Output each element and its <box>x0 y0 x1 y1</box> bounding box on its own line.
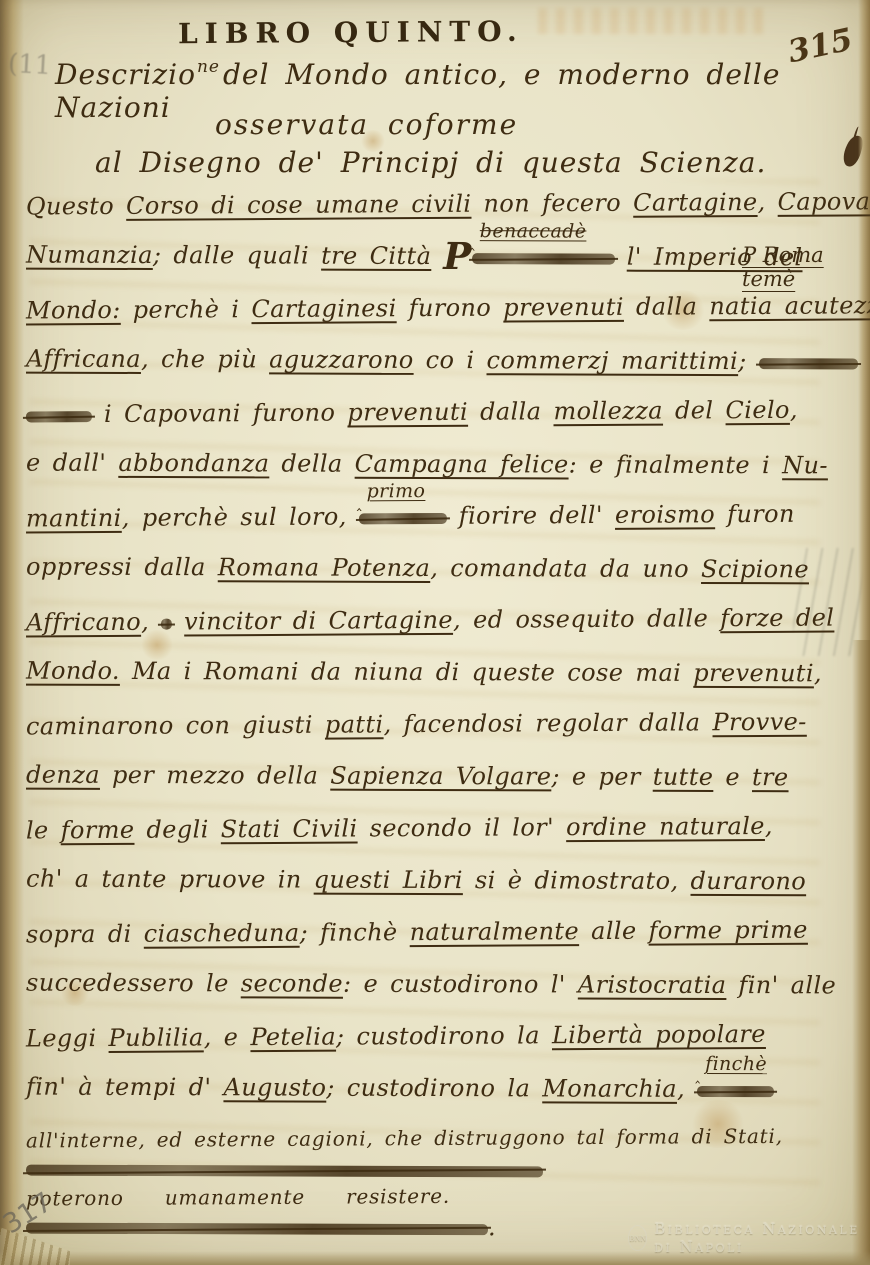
underlined-text: Monarchia <box>542 1074 677 1102</box>
text-segment: e dall' <box>26 449 118 477</box>
manuscript-line: le forme degli Stati Civili secondo il l… <box>26 812 838 869</box>
text-segment: furono <box>397 294 504 323</box>
underlined-text: ordine naturale <box>566 812 765 841</box>
underlined-text: Petelia <box>250 1023 336 1052</box>
underlined-text: Sapienza Volgare <box>330 762 551 791</box>
interlinear-insertion: ne <box>197 57 220 77</box>
text-segment: , ed ossequito dalle <box>453 604 720 634</box>
underlined-text: denza <box>26 761 100 789</box>
strikethrough-scribble: benaccadè‸ <box>472 242 615 270</box>
text-segment <box>615 243 627 271</box>
text-segment: ; dalle quali <box>153 241 321 270</box>
text-segment: , <box>141 608 161 636</box>
text-segment: Ma i Romani da niuna di queste cose mai <box>120 657 693 687</box>
underlined-text: Provve- <box>712 708 806 737</box>
interlinear-insertion: finchè <box>705 1053 767 1075</box>
binding-edge <box>0 0 24 1265</box>
underlined-text: Mondo: <box>26 296 121 325</box>
underlined-text: prevenuti <box>693 659 814 687</box>
text-segment: , <box>765 812 773 840</box>
caret-mark: ‸ <box>470 233 476 251</box>
text-segment: caminarono con giusti <box>26 711 325 741</box>
manuscript-line: fin' à tempi d' Augusto; custodirono la … <box>26 1073 838 1128</box>
text-segment: per mezzo della <box>100 761 330 790</box>
manuscript-line: Affricana, che più aguzzarono co i comme… <box>26 345 838 400</box>
text-segment: ch' a tante pruove in <box>26 865 314 894</box>
underlined-text: tre Città <box>321 242 431 270</box>
text-segment: le <box>26 816 61 844</box>
underlined-text: Campagna felice <box>355 450 569 479</box>
underlined-text: natia acutezza <box>709 291 870 320</box>
underlined-text: prevenuti <box>347 398 468 427</box>
manuscript-line: i Capovani furono prevenuti dalla mollez… <box>26 396 838 453</box>
text-segment: fin' à tempi d' <box>26 1073 224 1102</box>
manuscript-line: oppressi dalla Romana Potenza, comandata… <box>26 553 838 608</box>
manuscript-line: succedessero le seconde: e custodirono l… <box>26 969 838 1024</box>
underlined-text: eroismo <box>615 500 715 529</box>
underlined-text: Nu- <box>782 451 828 479</box>
manuscript-line: all'interne, ed esterne cagioni, che dis… <box>26 1124 838 1158</box>
text-segment: ; e per <box>551 762 653 790</box>
underlined-text: mollezza <box>553 397 663 426</box>
text-segment: all'interne, ed esterne cagioni, che dis… <box>26 1124 783 1153</box>
subtitle-line-2: osservata coforme <box>215 108 518 141</box>
text-segment: , perchè sul loro, <box>122 502 359 531</box>
underlined-text: tutte <box>653 763 714 791</box>
underlined-text: forme prime <box>648 916 807 945</box>
underlined-text: naturalmente <box>410 917 580 946</box>
library-logo-icon: BNN <box>628 1225 647 1251</box>
manuscript-line: poterono umanamente resistere. <box>26 1182 838 1216</box>
text-segment: oppressi dalla <box>26 553 218 582</box>
text-segment: sopra di <box>26 920 144 949</box>
underlined-text: forme <box>61 816 135 844</box>
manuscript-line: ch' a tante pruove in questi Libri si è … <box>26 865 838 920</box>
text-segment: fiorire dell' <box>447 501 615 530</box>
caret-mark: ‸ <box>695 1066 701 1084</box>
text-segment: ; finchè <box>299 918 409 947</box>
text-segment: , facendosi regolar dalla <box>383 708 712 738</box>
caret-mark: ‸ <box>357 493 363 511</box>
underlined-text: mantini <box>26 504 122 533</box>
manuscript-lines: Questo Corso di cose umane civili non fe… <box>26 190 838 1242</box>
interlinear-insertion: benaccadè <box>480 220 587 242</box>
text-segment: poterono umanamente resistere. <box>26 1184 450 1211</box>
manuscript-line: sopra di ciascheduna; finchè naturalment… <box>26 916 838 973</box>
text-segment: , <box>790 396 798 424</box>
text-segment: , <box>677 1075 697 1103</box>
underlined-text: Mondo. <box>26 657 120 685</box>
text-segment: : e finalmente i <box>569 450 783 479</box>
page-edge-right-lower <box>852 640 870 1265</box>
underlined-text: patti <box>325 710 384 738</box>
underlined-text: Affricano <box>26 608 141 637</box>
text-segment: i Capovani furono <box>92 399 348 429</box>
underlined-text: seconde <box>241 969 343 997</box>
text-segment: furon <box>715 500 795 528</box>
underlined-text: Corso di cose umane civili <box>126 190 471 220</box>
underlined-text: Publilia <box>108 1023 203 1052</box>
text-segment: ; custodirono la <box>326 1074 542 1103</box>
underlined-text: Libertà popolare <box>552 1020 766 1049</box>
manuscript-line: Numanzia; dalle quali tre Città Pbenacca… <box>26 241 838 296</box>
underlined-text: vincitor di Cartagine <box>184 606 453 636</box>
text-segment: si è dimostrato, <box>463 866 691 895</box>
text-segment: , <box>814 659 822 687</box>
manuscript-line <box>26 1154 838 1186</box>
book-title: LIBRO QUINTO. <box>178 15 524 50</box>
strikethrough-scribble <box>26 1154 543 1184</box>
manuscript-line: caminarono con giusti patti, facendosi r… <box>26 708 838 765</box>
underlined-text: durarono <box>690 867 806 895</box>
text-segment: alle <box>579 917 649 945</box>
text-segment: degli <box>134 815 221 844</box>
underlined-text: Numanzia <box>26 241 153 269</box>
underlined-text: l' Imperio del <box>627 243 803 272</box>
underlined-text: questi Libri <box>314 866 463 895</box>
underlined-text: Stati Civili <box>221 814 358 843</box>
text-segment: della <box>269 449 354 477</box>
underlined-text: Aristocratia <box>578 971 727 1000</box>
text-segment: e <box>713 763 752 791</box>
text-segment <box>431 242 443 270</box>
underlined-text: Cielo <box>725 396 790 424</box>
underlined-text: Scipione <box>701 555 809 583</box>
strikethrough-scribble <box>759 347 858 375</box>
subtitle-line-3: al Disegno de' Principj di questa Scienz… <box>95 146 766 179</box>
underlined-text: forze del <box>720 604 834 633</box>
strikethrough-scribble <box>26 400 92 428</box>
strikethrough-scribble <box>161 608 172 636</box>
text-segment: , comandata da uno <box>430 554 701 583</box>
watermark-text: Biblioteca Nazionale di Napoli <box>654 1220 870 1256</box>
text-segment: del <box>663 396 726 424</box>
text-segment: , che più <box>141 345 269 373</box>
text-segment: , <box>757 188 777 216</box>
manuscript-line: Questo Corso di cose umane civili non fe… <box>26 188 838 245</box>
interlinear-insertion: primo <box>367 480 426 502</box>
manuscript-page: LIBRO QUINTO. 315 (11 Descrizionedel Mon… <box>0 0 870 1265</box>
strikethrough-scribble: primo‸ <box>359 502 447 531</box>
underlined-text: Cartaginesi <box>251 294 396 323</box>
bleed-through-artifact <box>538 8 763 34</box>
underlined-text: commerzj marittimi <box>486 346 738 375</box>
underlined-text: abbondanza <box>118 449 269 478</box>
text-segment: non fecero <box>471 189 633 218</box>
text-segment: ; custodirono la <box>336 1021 552 1050</box>
underlined-text: tre <box>752 763 789 791</box>
pencil-mark-top-left: (11 <box>7 49 52 81</box>
subtitle-word: Descrizio <box>55 58 196 91</box>
text-segment: co i <box>414 346 487 374</box>
underlined-text: Affricana <box>26 345 141 373</box>
strikethrough-scribble <box>26 1212 488 1242</box>
text-segment: secondo il lor' <box>357 813 566 842</box>
underlined-text: prevenuti <box>503 293 624 322</box>
underlined-text: Augusto <box>223 1073 326 1101</box>
text-segment <box>172 608 184 636</box>
text-segment: , e <box>204 1023 251 1051</box>
text-segment: : e custodirono l' <box>343 970 578 999</box>
reference-mark: P <box>443 234 472 278</box>
strikethrough-scribble: finchè‸ <box>697 1075 774 1103</box>
manuscript-line: Mondo. Ma i Romani da niuna di queste co… <box>26 657 838 712</box>
manuscript-line: mantini, perchè sul loro, primo‸ fiorire… <box>26 500 838 557</box>
library-watermark: BNN Biblioteca Nazionale di Napoli <box>628 1220 870 1256</box>
manuscript-line: Affricano, vincitor di Cartagine, ed oss… <box>26 604 838 661</box>
text-segment: Questo <box>26 192 126 221</box>
underlined-text: Romana Potenza <box>218 553 431 582</box>
text-segment: dalla <box>468 397 554 426</box>
text-segment: fin' alle <box>726 971 836 999</box>
underlined-text: ciascheduna <box>144 919 300 948</box>
text-segment: perchè i <box>121 295 252 324</box>
underlined-text: Cartagine <box>633 188 758 217</box>
manuscript-line: denza per mezzo della Sapienza Volgare; … <box>26 761 838 816</box>
underlined-text: aguzzarono <box>269 345 414 374</box>
manuscript-line: e dall' abbondanza della Campagna felice… <box>26 449 838 504</box>
text-segment: succedessero le <box>26 969 241 998</box>
text-segment: dalla <box>624 292 710 321</box>
text-segment: Leggi <box>26 1024 109 1053</box>
text-segment: ; <box>738 347 759 375</box>
manuscript-line: Mondo: perchè i Cartaginesi furono preve… <box>26 292 838 349</box>
underlined-text: Capova <box>778 187 870 216</box>
